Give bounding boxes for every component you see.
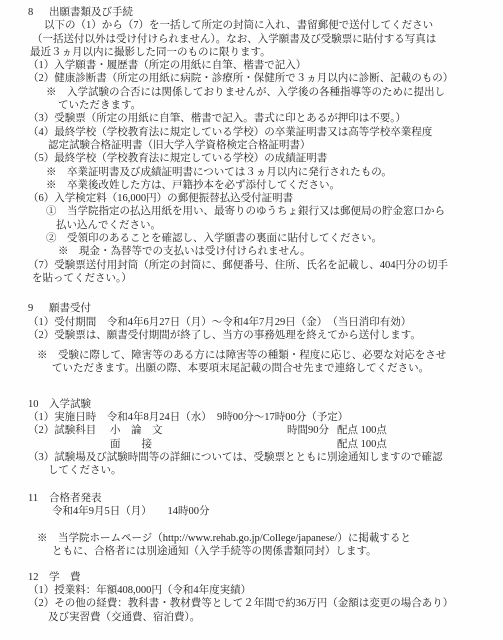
doc-numbered-step: ① 当学院指定の払込用紙を用い、最寄りのゆうちょ銀行又は郵便局の貯金窓口から [28,205,487,218]
doc-line: 及び実習費（交通費、宿泊費）。 [28,611,487,624]
doc-line: 以下の（1）から（7）を一括して所定の封筒に入れ、書留郵便で送付してください [28,19,487,32]
section-heading: 12学 費 [28,571,487,584]
doc-numbered-step: 払い込んでください。 [28,219,487,232]
section-heading: 8出願書類及び手続 [28,6,487,19]
section-10: 10入学試験 （1）実施日時 令和4年8月24日（水） 9時00分～17時00分… [28,398,487,478]
section-number: 11 [28,492,49,505]
doc-note-line: ※ 当学院ホームページ（http://www.rehab.go.jp/Colle… [28,532,487,545]
doc-line: してください。 [28,464,487,477]
doc-note-line: ※ 卒業証明書及び成績証明書については３ヵ月以内に発行されたもの。 [28,166,487,179]
doc-line: （2）健康診断書（所定の用紙に病院・診療所・保健所で３ヵ月以内に診断、記載のもの… [28,72,487,85]
note-block: ※ 受験に際して、障害等のある方には障害等の種類・程度に応じ、必要な対応をさせ … [28,349,487,376]
section-number: 9 [28,302,49,315]
doc-note-line: ※ 現金・為替等での支払いは受け付けられません。 [28,245,487,258]
doc-line: （1）受付期間 令和4年6月27日（月）～令和4年7月29日（金） （当日消印有… [28,316,487,329]
section-title: 入学試験 [49,399,91,410]
doc-line: （7）受験票送付用封筒（所定の封筒に、郵便番号、住所、氏名を記載し、404円分の… [28,259,487,272]
doc-note-line: ※ 入学試験の合否には関係しておりませんが、入学後の各種指導等のために提出し [28,86,487,99]
note-suffix: ）に掲載すると [337,533,411,544]
exam-subject-label: （2）試験科目 [28,425,96,436]
section-12: 12学 費 （1）授業料：年額408,000円（令和4年度実績） （2）その他の… [28,571,487,624]
doc-note-line: ていただきます。出願の際、本要項末尾記載の問合せ先まで連絡してください。 [28,362,487,375]
section-heading: 11合格者発表 [28,492,487,505]
exam-points: 配点 100点 [337,438,387,451]
doc-line: （2）受験票は、願書受付期間が終了し、当方の事務処理を終えてから送付します。 [28,329,487,342]
doc-line: （一括送付以外は受け付けられません）。なお、入学願書及び受験票に貼付する写真は [28,33,487,46]
section-11: 11合格者発表 令和4年9月5日（月） 14時00分 ※ 当学院ホームページ（h… [28,492,487,559]
exam-subject: 小 論 文 [110,424,163,437]
note-block: ※ 当学院ホームページ（http://www.rehab.go.jp/Colle… [28,532,487,559]
announcement-datetime: 令和4年9月5日（月） 14時00分 [28,505,487,518]
doc-line: （5）最終学校（学校教育法に規定している学校）の成績証明書 [28,152,487,165]
doc-line: （6）入学検定料（16,000円）の郵便振替払込受付証明書 [28,192,487,205]
section-number: 12 [28,571,49,584]
doc-line: （1）授業料：年額408,000円（令和4年度実績） [28,584,487,597]
doc-line: （4）最終学校（学校教育法に規定している学校）の卒業証明書又は高等学校卒業程度 [28,126,487,139]
exam-subjects-row: （2）試験科目 小 論 文 時間90分 配点 100点 [28,424,487,437]
doc-line: 認定試験合格証明書（旧大学入学資格検定合格証明書） [28,139,487,152]
section-title: 合格者発表 [49,493,102,504]
doc-note-line: ともに、合格者には別途通知（入学手続等の関係書類同封）します。 [28,545,487,558]
exam-subjects-row: 面 接 配点 100点 [28,438,487,451]
section-heading: 10入学試験 [28,398,487,411]
doc-line: （3）受験票（所定の用紙に自筆、楷書で記入。書式に印とあるが押印は不要。） [28,112,487,125]
exam-points: 配点 100点 [337,424,387,437]
homepage-url: http://www.rehab.go.jp/College/japanese/ [163,533,338,544]
doc-line: 最近３ヵ月以内に撮影した同一のものに限ります。 [28,46,487,59]
doc-numbered-step: ② 受領印のあることを確認し、入学願書の裏面に貼付してください。 [28,232,487,245]
section-number: 8 [28,6,49,19]
doc-line: （1）実施日時 令和4年8月24日（水） 9時00分～17時00分（予定） [28,411,487,424]
doc-note-line: ていただきます。 [28,99,487,112]
doc-line: （1）入学願書・履歴書（所定の用紙に自筆、楷書で記入） [28,59,487,72]
section-title: 学 費 [49,572,81,583]
exam-time: 時間90分 [287,424,329,437]
doc-line: （2）その他の経費：教科書・教材費等として２年間で約36万円（金額は変更の場合あ… [28,597,487,610]
doc-line: を貼ってください。） [28,272,487,285]
doc-note-line: ※ 受験に際して、障害等のある方には障害等の種類・程度に応じ、必要な対応をさせ [28,349,487,362]
document-page: 8出願書類及び手続 以下の（1）から（7）を一括して所定の封筒に入れ、書留郵便で… [0,0,503,640]
section-heading: 9願書受付 [28,302,487,315]
section-number: 10 [28,398,49,411]
section-8: 8出願書類及び手続 以下の（1）から（7）を一括して所定の封筒に入れ、書留郵便で… [28,6,487,285]
doc-line: （3）試験場及び試験時間等の詳細については、受験票とともに別途通知しますので確認 [28,451,487,464]
section-title: 出願書類及び手続 [49,7,133,18]
exam-subject: 面 接 [110,438,152,451]
note-prefix: ※ 当学院ホームページ（ [37,533,163,544]
section-title: 願書受付 [49,303,91,314]
doc-note-line: ※ 卒業後改姓した方は、戸籍抄本を必ず添付してください。 [28,179,487,192]
section-9: 9願書受付 （1）受付期間 令和4年6月27日（月）～令和4年7月29日（金） … [28,302,487,375]
